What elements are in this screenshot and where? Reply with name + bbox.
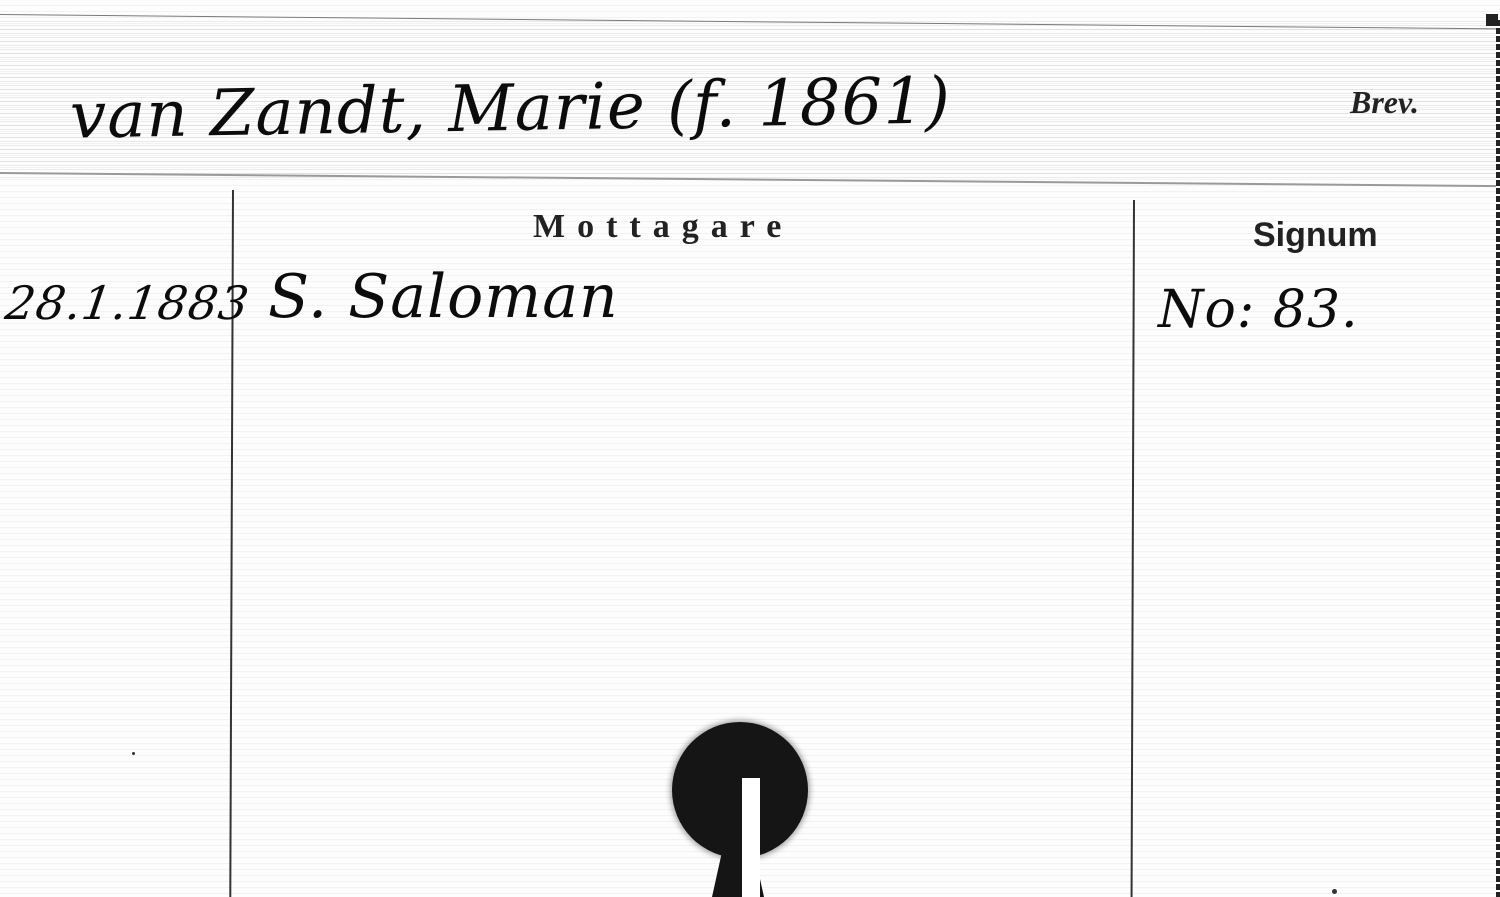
entry-date: 28.1.1883	[2, 276, 253, 330]
speck	[1332, 889, 1337, 894]
signum-column-heading: Signum	[1253, 216, 1378, 255]
corner-mark	[1486, 14, 1498, 26]
column-divider-signum	[1131, 200, 1135, 897]
entry-signum: No: 83.	[1158, 280, 1359, 340]
entry-recipient: S. Saloman	[268, 262, 619, 332]
document-type-label: Brev.	[1350, 84, 1419, 121]
recipient-column-heading: Mottagare	[533, 208, 793, 246]
punch-notch	[742, 778, 760, 897]
card-right-edge	[1496, 20, 1500, 897]
punch-hole	[672, 722, 808, 858]
index-card: van Zandt, Marie (f. 1861) Brev. Mottaga…	[0, 0, 1500, 897]
sender-name: van Zandt, Marie (f. 1861)	[69, 64, 951, 153]
speck	[132, 752, 135, 755]
